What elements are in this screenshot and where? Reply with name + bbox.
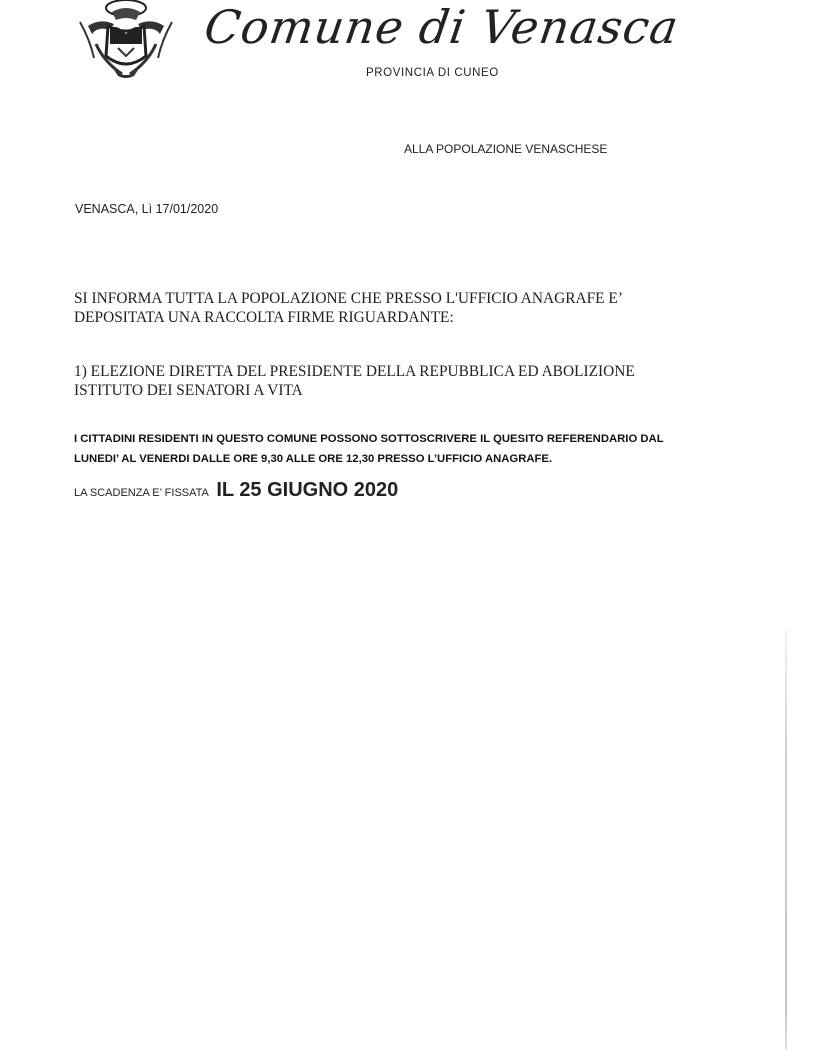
intro-line-2: DEPOSITATA UNA RACCOLTA FIRME RIGUARDANT… <box>74 308 623 327</box>
item-line-2: ISTITUTO DEI SENATORI A VITA <box>74 381 635 400</box>
date-line: VENASCA, Lì 17/01/2020 <box>75 202 218 216</box>
deadline-date: IL 25 GIUGNO 2020 <box>216 479 398 501</box>
notice-line-1: I CITTADINI RESIDENTI IN QUESTO COMUNE P… <box>74 429 664 449</box>
deadline-label: LA SCADENZA E’ FISSATA <box>74 487 209 499</box>
municipal-coat-of-arms-icon <box>74 0 178 80</box>
referendum-item: 1) ELEZIONE DIRETTA DEL PRESIDENTE DELLA… <box>74 362 635 400</box>
recipient-line: ALLA POPOLAZIONE VENASCHESE <box>404 142 607 156</box>
province-subtitle: PROVINCIA DI CUNEO <box>366 67 499 79</box>
municipality-title: Comune di Venasca <box>201 0 682 54</box>
scan-edge-line <box>785 630 787 1050</box>
deadline-line: LA SCADENZA E’ FISSATA IL 25 GIUGNO 2020 <box>74 479 398 502</box>
intro-paragraph: SI INFORMA TUTTA LA POPOLAZIONE CHE PRES… <box>74 289 623 327</box>
notice-line-2: LUNEDI’ AL VENERDI DALLE ORE 9,30 ALLE O… <box>74 449 664 469</box>
intro-line-1: SI INFORMA TUTTA LA POPOLAZIONE CHE PRES… <box>74 289 623 308</box>
signing-notice: I CITTADINI RESIDENTI IN QUESTO COMUNE P… <box>74 429 664 469</box>
item-line-1: 1) ELEZIONE DIRETTA DEL PRESIDENTE DELLA… <box>74 362 635 381</box>
